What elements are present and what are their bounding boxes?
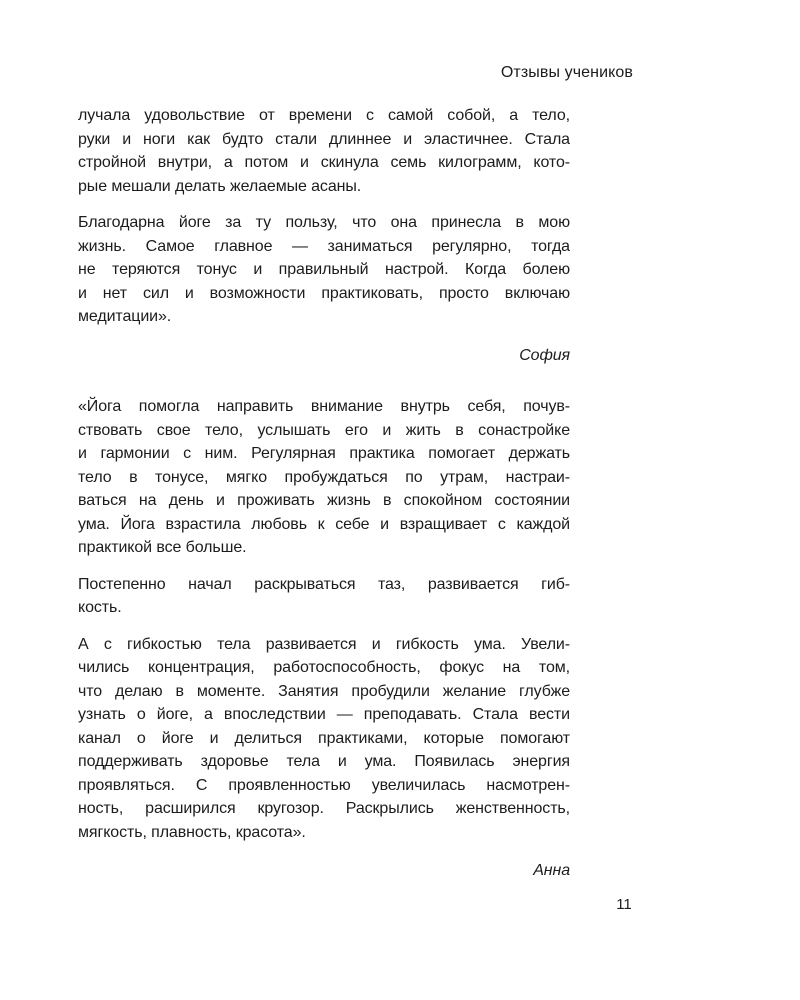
paragraph-line: проявляться. С проявленностью увеличилас… — [78, 774, 570, 798]
paragraph-line: чились концентрация, работоспособность, … — [78, 656, 570, 680]
paragraph-line: что делаю в моменте. Занятия пробудили ж… — [78, 680, 570, 704]
paragraph-line: жизнь. Самое главное — заниматься регуля… — [78, 235, 570, 259]
running-header: Отзывы учеников — [501, 63, 633, 83]
paragraph: Благодарна йоге за ту пользу, что она пр… — [78, 211, 570, 329]
paragraph: Постепенно начал раскрываться таз, разви… — [78, 573, 570, 620]
paragraph-line: Постепенно начал раскрываться таз, разви… — [78, 573, 570, 597]
paragraph-line: канал о йоге и делиться практиками, кото… — [78, 727, 570, 751]
paragraph-line: стройной внутри, а потом и скинула семь … — [78, 151, 570, 175]
paragraph-line: медитации». — [78, 305, 570, 329]
paragraph-line: практикой все больше. — [78, 536, 570, 560]
paragraph-line: и нет сил и возможности практиковать, пр… — [78, 282, 570, 306]
paragraph-line: тело в тонусе, мягко пробуждаться по утр… — [78, 466, 570, 490]
paragraph: лучала удовольствие от времени с самой с… — [78, 104, 570, 198]
paragraph-line: лучала удовольствие от времени с самой с… — [78, 104, 570, 128]
paragraph-line: не теряются тонус и правильный настрой. … — [78, 258, 570, 282]
paragraph: «Йога помогла направить внимание внутрь … — [78, 395, 570, 560]
paragraph-line: и гармонии с ним. Регулярная практика по… — [78, 442, 570, 466]
paragraph-line: рые мешали делать желаемые асаны. — [78, 175, 570, 199]
paragraph-line: А с гибкостью тела развивается и гибкост… — [78, 633, 570, 657]
paragraph-line: поддерживать здоровье тела и ума. Появил… — [78, 750, 570, 774]
paragraph: А с гибкостью тела развивается и гибкост… — [78, 633, 570, 845]
paragraph-line: ума. Йога взрастила любовь к себе и взра… — [78, 513, 570, 537]
paragraph-line: «Йога помогла направить внимание внутрь … — [78, 395, 570, 419]
paragraph-line: ствовать свое тело, услышать его и жить … — [78, 419, 570, 443]
paragraph-line: Благодарна йоге за ту пользу, что она пр… — [78, 211, 570, 235]
paragraph-line: руки и ноги как будто стали длиннее и эл… — [78, 128, 570, 152]
text-block: лучала удовольствие от времени с самой с… — [78, 104, 570, 911]
paragraph-line: ваться на день и проживать жизнь в споко… — [78, 489, 570, 513]
paragraph-line: ность, расширился кругозор. Раскрылись ж… — [78, 797, 570, 821]
signature: Анна — [78, 859, 570, 883]
page-number: 11 — [607, 896, 641, 914]
book-page: Отзывы учеников лучала удовольствие от в… — [0, 0, 800, 1000]
paragraph-line: мягкость, плавность, красота». — [78, 821, 570, 845]
paragraph-line: кость. — [78, 596, 570, 620]
signature: София — [78, 344, 570, 368]
paragraph-line: узнать о йоге, а впоследствии — преподав… — [78, 703, 570, 727]
